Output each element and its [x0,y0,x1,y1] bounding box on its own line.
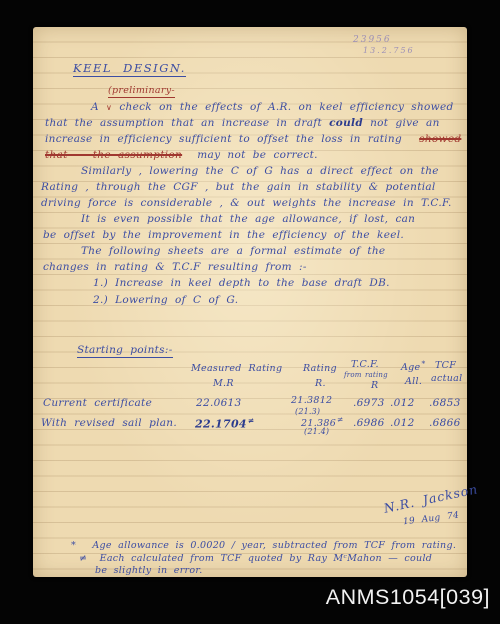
overwritten-word: could [329,117,363,129]
col-subheader-r: R. [315,379,326,389]
list-item-1: 1.) Increase in keel depth to the base d… [93,278,390,289]
table-row-1-tcf: .6973 [353,398,385,409]
para1-line3: increase in efficiency sufficient to off… [45,134,461,145]
age-star-mark: * [421,359,425,368]
para2-line2: Rating , through the CGF , but the gain … [41,182,436,193]
col-header-measured-rating: Measured Rating [191,364,282,374]
document-page: 23956 13.2.756 KEEL DESIGN. (preliminary… [33,27,467,577]
page-title: KEEL DESIGN. [73,63,186,75]
para3-line1: It is even possible that the age allowan… [81,214,415,225]
footnote-mark-neq: ≠ [248,416,255,425]
footnote-mark-neq: ≠ [337,415,344,424]
col-subheader-tcf-r: R [371,381,378,391]
scanned-archive-page: { "archive": { "catalog_label": "ANMS105… [0,0,500,624]
table-row-1-rating-rounded: (21.3) [295,408,320,416]
para4-line1: The following sheets are a formal estima… [81,246,385,257]
col-subheader-all: All. [405,377,422,387]
struck-phrase: that — the assumption [45,149,182,161]
list-item-2: 2.) Lowering of C of G. [93,295,238,306]
pencil-note-1: 23956 [353,36,392,45]
signature: N.R. Jackson [383,483,480,515]
catalog-number: ANMS1054[039] [326,585,490,610]
table-row-1-measured-rating: 22.0613 [196,398,242,409]
table-row-1-label: Current certificate [43,398,152,409]
para1-line1: A ∨ check on the effects of A.R. on keel… [91,102,454,113]
pencil-note-2: 13.2.756 [363,47,415,55]
struck-word-showed: showed [419,133,461,145]
page-title-text: KEEL DESIGN. [73,61,186,77]
table-row-2-tcf: .6986 [353,418,385,429]
table-row-2-measured-rating: 22.1704≠ [195,417,254,430]
col-header-tcf-actual: TCF [435,361,456,371]
para2-line1: Similarly , lowering the C of G has a di… [81,166,439,177]
section-heading-starting-points: Starting points:- [77,345,173,356]
insertion-preliminary: (preliminary- [108,86,175,96]
star-marker: * [71,540,76,551]
table-row-1-rating: 21.3812 [291,396,332,406]
para2-line3: driving force is considerable , & out we… [41,198,452,209]
signature-date: 19 Aug 74 [403,512,460,528]
table-row-2-label: With revised sail plan. [41,418,177,429]
footnote-neq-line2: be slightly in error. [95,566,203,576]
col-header-rating: Rating [303,364,337,374]
col-header-age: Age* [401,360,426,373]
para4-line2: changes in rating & T.C.F resulting from… [43,262,307,273]
footnote-age-allowance: * Age allowance is 0.0020 / year, subtra… [71,541,456,551]
table-row-2-age-allowance: .012 [390,418,415,429]
para1-line2: that the assumption that an increase in … [45,118,440,129]
para3-line2: be offset by the improvement in the effi… [43,230,404,241]
table-row-2-tcf-actual: .6866 [429,418,461,429]
col-header-tcf: T.C.F. [351,360,379,370]
insertion-caret-icon: ∨ [106,103,112,112]
table-row-1-age-allowance: .012 [390,398,415,409]
para1-line4: that — the assumption may not be correct… [45,150,318,161]
footnote-neq-line1: ≠ Each calculated from TCF quoted by Ray… [79,554,432,564]
col-subheader-mr: M.R [213,379,234,389]
neq-marker: ≠ [79,553,87,564]
table-row-2-rating-rounded: (21.4) [304,428,329,436]
table-row-1-tcf-actual: .6853 [429,398,461,409]
col-subheader-actual: actual [431,374,462,384]
col-header-tcf-note: from rating [344,372,388,379]
